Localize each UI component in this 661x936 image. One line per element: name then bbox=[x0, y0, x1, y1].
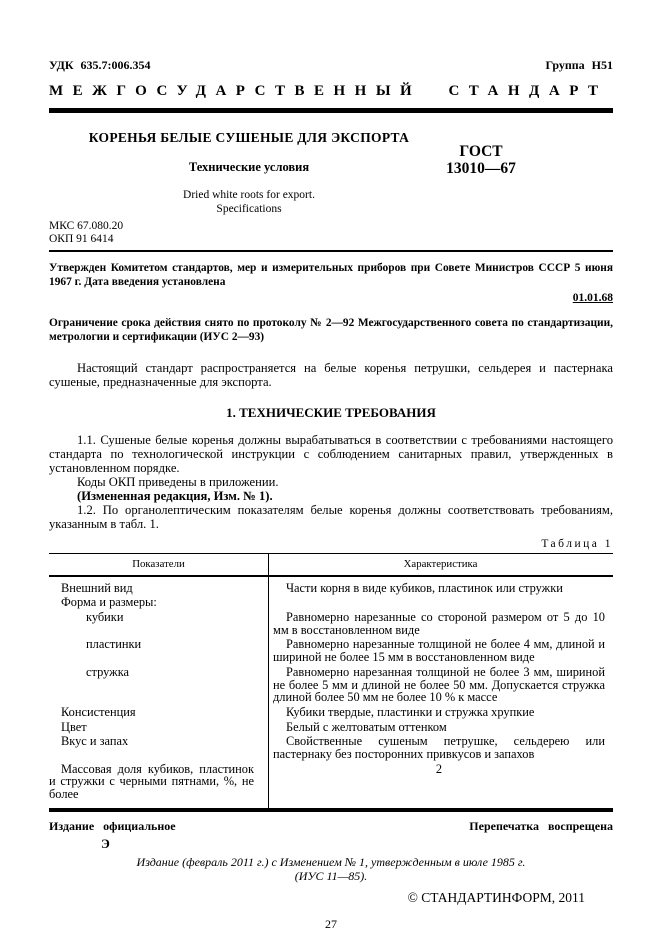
gost-number: 13010—67 bbox=[421, 160, 541, 177]
characteristic-cell: Белый с желтоватым оттенком bbox=[268, 719, 613, 734]
spec-table: Показатели Характеристика Внешний вид Ча… bbox=[49, 553, 613, 812]
indicator-cell: Консистенция bbox=[49, 704, 268, 719]
indicator-cell: стружка bbox=[49, 664, 268, 704]
title-english-line1: Dried white roots for export. bbox=[49, 188, 449, 202]
footer-notices-row: Издание официальное Перепечатка воспреще… bbox=[49, 819, 613, 834]
limitation-paragraph: Ограничение срока действия снято по прот… bbox=[49, 317, 613, 344]
paragraph-okp-codes: Коды ОКП приведены в приложении. bbox=[49, 475, 613, 489]
table-column-divider bbox=[268, 554, 269, 808]
characteristic-cell bbox=[268, 595, 613, 610]
approval-line2: Дата введения установлена bbox=[84, 276, 225, 288]
approval-paragraph: Утвержден Комитетом стандартов, мер и из… bbox=[49, 262, 613, 289]
indicator-cell: Внешний вид bbox=[49, 580, 268, 595]
characteristic-cell: Равномерно нарезанные толщиной не более … bbox=[268, 637, 613, 664]
effective-date-line: 01.01.68 bbox=[49, 292, 613, 304]
edition-note-line2: (ИУС 11—85). bbox=[49, 869, 613, 884]
document-title: КОРЕНЬЯ БЕЛЫЕ СУШЕНЫЕ ДЛЯ ЭКСПОРТА bbox=[49, 130, 449, 146]
characteristic-cell: Кубики твердые, пластинки и стружка хруп… bbox=[268, 704, 613, 719]
section-1-heading: 1. ТЕХНИЧЕСКИЕ ТРЕБОВАНИЯ bbox=[49, 405, 613, 421]
table-body: Внешний вид Части корня в виде кубиков, … bbox=[49, 577, 613, 808]
indicator-cell: Цвет bbox=[49, 719, 268, 734]
indicator-cell: пластинки bbox=[49, 637, 268, 664]
table-header-characteristic: Характеристика bbox=[268, 558, 613, 570]
standard-type-heading: МЕЖГОСУДАРСТВЕННЫЙ СТАНДАРТ bbox=[49, 83, 613, 100]
effective-date: 01.01.68 bbox=[573, 292, 613, 304]
paragraph-1-1: 1.1. Сушеные белые коренья должны выраба… bbox=[49, 433, 613, 475]
okp-code: ОКП 91 6414 bbox=[49, 233, 114, 245]
characteristic-cell: Равномерно нарезанная толщиной не более … bbox=[268, 664, 613, 704]
gost-label: ГОСТ bbox=[421, 143, 541, 160]
indicator-cell: Вкус и запах bbox=[49, 733, 268, 760]
document-page: УДК 635.7:006.354 Группа Н51 МЕЖГОСУДАРС… bbox=[0, 0, 661, 936]
paragraph-1-2: 1.2. По органолептическим показателям бе… bbox=[49, 503, 613, 531]
reprint-prohibited-note: Перепечатка воспрещена bbox=[469, 819, 613, 834]
group-code: Группа Н51 bbox=[545, 58, 613, 73]
indicator-cell: Массовая доля кубиков, пластинок и струж… bbox=[49, 761, 268, 801]
page-number: 27 bbox=[49, 917, 613, 932]
gost-designation: ГОСТ 13010—67 bbox=[421, 143, 541, 177]
indicator-cell: кубики bbox=[49, 609, 268, 636]
mks-code: МКС 67.080.20 bbox=[49, 220, 123, 232]
indicator-cell: Форма и размеры: bbox=[49, 595, 268, 610]
document-subtitle: Технические условия bbox=[49, 160, 449, 175]
official-edition-note: Издание официальное bbox=[49, 819, 176, 834]
table-caption: Таблица 1 bbox=[49, 538, 613, 550]
title-english-line2: Specifications bbox=[49, 202, 449, 216]
intro-paragraph: Настоящий стандарт распространяется на б… bbox=[49, 361, 613, 389]
classification-row: УДК 635.7:006.354 Группа Н51 bbox=[49, 58, 613, 73]
edition-note-line1: Издание (февраль 2011 г.) с Изменением №… bbox=[49, 855, 613, 870]
paragraph-amendment: (Измененная редакция, Изм. № 1). bbox=[49, 489, 613, 503]
table-header-row: Показатели Характеристика bbox=[49, 554, 613, 577]
characteristic-cell: Равномерно нарезанные со стороной размер… bbox=[268, 609, 613, 636]
characteristic-cell: Части корня в виде кубиков, пластинок ил… bbox=[268, 580, 613, 595]
characteristic-cell: Свойственные сушеным петрушке, сельдерею… bbox=[268, 733, 613, 760]
publisher-mark: Э bbox=[101, 836, 613, 852]
udk-code: УДК 635.7:006.354 bbox=[49, 58, 151, 73]
table-header-indicators: Показатели bbox=[49, 558, 268, 570]
title-section: КОРЕНЬЯ БЕЛЫЕ СУШЕНЫЕ ДЛЯ ЭКСПОРТА Техни… bbox=[49, 113, 613, 250]
copyright-notice: © СТАНДАРТИНФОРМ, 2011 bbox=[49, 890, 613, 906]
characteristic-cell: 2 bbox=[268, 761, 613, 801]
header-rule bbox=[49, 250, 613, 252]
